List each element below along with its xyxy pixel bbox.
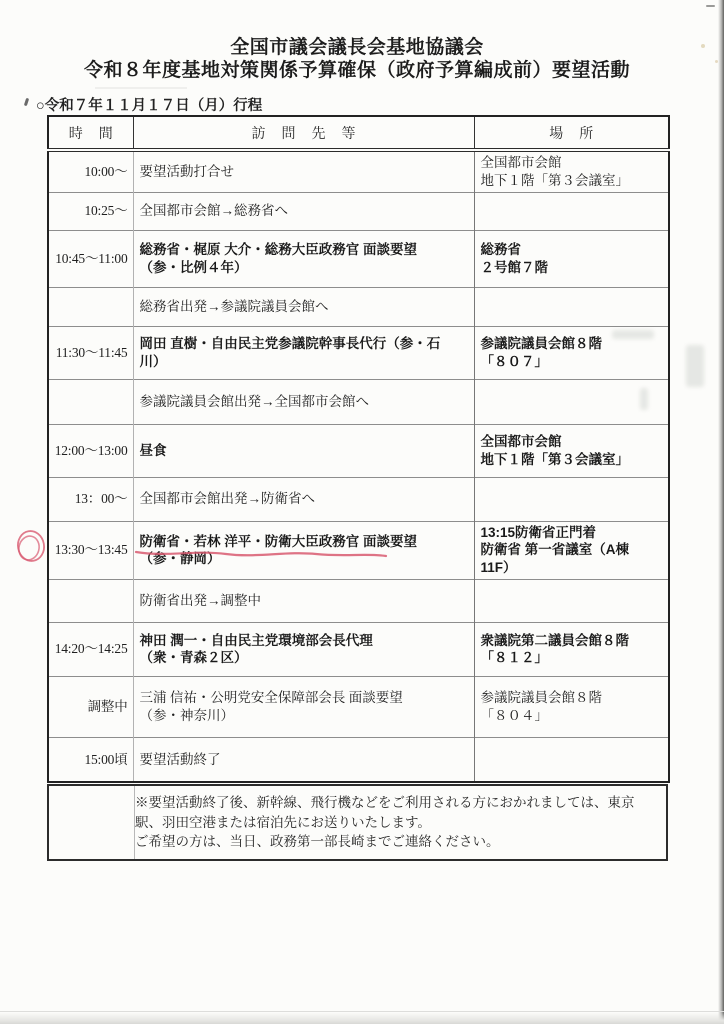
- row-visit-cell: 要望活動終了: [133, 737, 474, 782]
- row-place-cell: 参議院議員会館８階 「８０４」: [474, 676, 669, 737]
- scan-edge-bottom: [0, 1011, 724, 1024]
- scan-bleedthrough-mark: [640, 388, 648, 410]
- table-row: 11:30～11:45岡田 直樹・自由民主党参議院幹事長代行（参・石 川）参議院…: [48, 326, 669, 379]
- row-visit-cell: 要望活動打合せ: [133, 150, 474, 192]
- row-time-cell: 13:30～13:45: [48, 521, 133, 579]
- row-place-cell: [474, 579, 669, 622]
- table-header-row: 時間 訪問先等 場所: [48, 116, 669, 150]
- row-time-cell: 13：00～: [48, 477, 133, 521]
- row-visit-cell: 三浦 信祐・公明党安全保障部会長 面談要望 （参・神奈川）: [133, 676, 474, 737]
- row-time-cell: 12:00～13:00: [48, 424, 133, 477]
- row-place-cell: [474, 737, 669, 782]
- red-pen-circle-annotation: [16, 529, 47, 563]
- date-heading: ○令和７年１１月１７日（月）行程: [36, 94, 262, 115]
- row-visit-cell: 岡田 直樹・自由民主党参議院幹事長代行（参・石 川）: [133, 326, 474, 379]
- row-visit-cell: 全国都市会館出発→防衛省へ: [133, 477, 474, 521]
- footer-note-text: ※要望活動終了後、新幹線、飛行機などをご利用される方におかれましては、東京 駅、…: [49, 791, 643, 854]
- row-visit-cell: 参議院議員会館出発→全国都市会館へ: [133, 379, 474, 424]
- table-row: 12:00～13:00昼食全国都市会館 地下１階「第３会議室」: [48, 424, 669, 477]
- scan-speck: [706, 5, 715, 7]
- column-header-visit: 訪問先等: [133, 116, 474, 150]
- table-row: 参議院議員会館出発→全国都市会館へ: [48, 379, 669, 424]
- row-visit-cell: 全国都市会館→総務省へ: [133, 192, 474, 230]
- table-row: 13：00～全国都市会館出発→防衛省へ: [48, 477, 669, 521]
- row-time-cell: [48, 579, 133, 622]
- row-visit-cell: 防衛省・若林 洋平・防衛大臣政務官 面談要望 （参・静岡）: [133, 521, 474, 579]
- footer-column-divider: [134, 786, 135, 859]
- row-place-cell: 全国都市会館 地下１階「第３会議室」: [474, 150, 669, 192]
- table-row: 防衛省出発→調整中: [48, 579, 669, 622]
- row-place-cell: [474, 287, 669, 326]
- row-visit-cell: 総務省・梶原 大介・総務大臣政務官 面談要望 （参・比例４年）: [133, 230, 474, 287]
- row-place-cell: [474, 192, 669, 230]
- table-row: 10:00～要望活動打合せ全国都市会館 地下１階「第３会議室」: [48, 150, 669, 192]
- table-row: 15:00頃要望活動終了: [48, 737, 669, 782]
- table-row: 10:25～全国都市会館→総務省へ: [48, 192, 669, 230]
- row-time-cell: [48, 287, 133, 326]
- title-line-1: 全国市議会議長会基地協議会: [0, 36, 714, 59]
- row-time-cell: 15:00頃: [48, 737, 133, 782]
- row-place-cell: [474, 477, 669, 521]
- row-visit-cell: 神田 潤一・自由民主党環境部会長代理 （衆・青森２区）: [133, 622, 474, 676]
- footer-note-box: ※要望活動終了後、新幹線、飛行機などをご利用される方におかれましては、東京 駅、…: [47, 784, 668, 861]
- row-place-cell: 全国都市会館 地下１階「第３会議室」: [474, 424, 669, 477]
- scan-bleedthrough-mark: [612, 330, 654, 339]
- row-visit-cell: 防衛省出発→調整中: [133, 579, 474, 622]
- table-row: 総務省出発→参議院議員会館へ: [48, 287, 669, 326]
- row-time-cell: 14:20～14:25: [48, 622, 133, 676]
- row-time-cell: 10:00～: [48, 150, 133, 192]
- column-header-time: 時間: [48, 116, 133, 150]
- row-time-cell: 11:30～11:45: [48, 326, 133, 379]
- table-row: 14:20～14:25神田 潤一・自由民主党環境部会長代理 （衆・青森２区）衆議…: [48, 622, 669, 676]
- row-visit-cell: 総務省出発→参議院議員会館へ: [133, 287, 474, 326]
- scan-artifact: [95, 87, 187, 89]
- scan-speck: [24, 98, 29, 107]
- schedule-table: 時間 訪問先等 場所 10:00～要望活動打合せ全国都市会館 地下１階「第３会議…: [47, 115, 670, 783]
- scanned-document-page: 全国市議会議長会基地協議会 令和８年度基地対策関係予算確保（政府予算編成前）要望…: [0, 0, 724, 1024]
- scan-bleedthrough-mark: [686, 345, 704, 387]
- row-time-cell: [48, 379, 133, 424]
- row-time-cell: 調整中: [48, 676, 133, 737]
- row-visit-cell: 昼食: [133, 424, 474, 477]
- title-line-2: 令和８年度基地対策関係予算確保（政府予算編成前）要望活動: [0, 59, 714, 82]
- column-header-place: 場所: [474, 116, 669, 150]
- row-time-cell: 10:25～: [48, 192, 133, 230]
- scan-speck: [701, 44, 705, 48]
- scan-edge-right: [718, 0, 724, 1024]
- schedule-body: 10:00～要望活動打合せ全国都市会館 地下１階「第３会議室」10:25～全国都…: [48, 150, 669, 782]
- table-row: 10:45～11:00総務省・梶原 大介・総務大臣政務官 面談要望 （参・比例４…: [48, 230, 669, 287]
- row-place-cell: 衆議院第二議員会館８階 「８１２」: [474, 622, 669, 676]
- row-time-cell: 10:45～11:00: [48, 230, 133, 287]
- row-place-cell: 13:15防衛省正門着 防衛省 第一省議室（A棟 11F）: [474, 521, 669, 579]
- document-title: 全国市議会議長会基地協議会 令和８年度基地対策関係予算確保（政府予算編成前）要望…: [0, 36, 714, 82]
- row-place-cell: 総務省 ２号館７階: [474, 230, 669, 287]
- table-row: 13:30～13:45防衛省・若林 洋平・防衛大臣政務官 面談要望 （参・静岡）…: [48, 521, 669, 579]
- table-row: 調整中三浦 信祐・公明党安全保障部会長 面談要望 （参・神奈川）参議院議員会館８…: [48, 676, 669, 737]
